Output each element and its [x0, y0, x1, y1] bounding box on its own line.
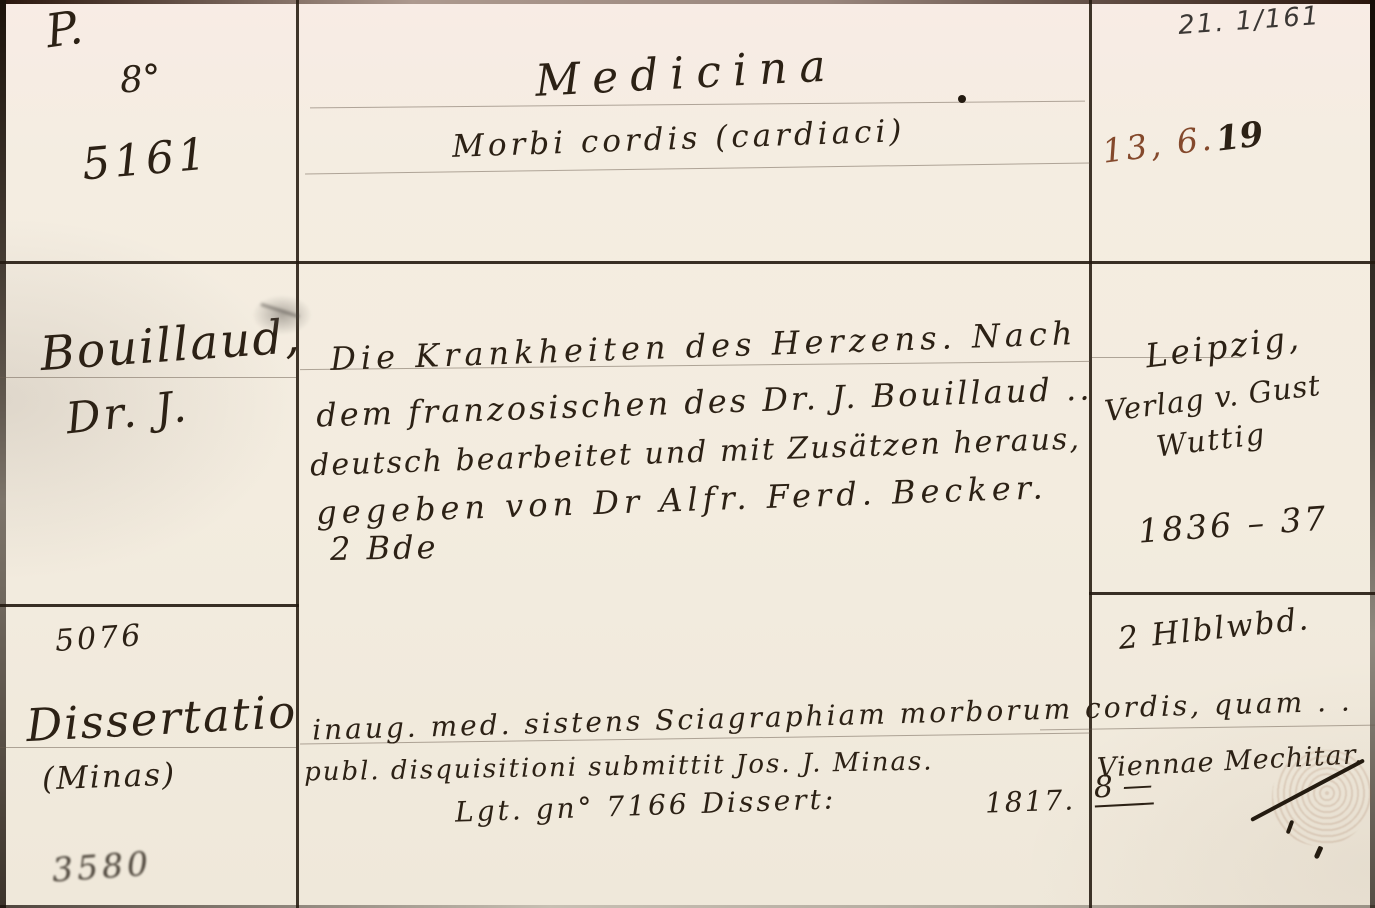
check-comma-mark: [1314, 846, 1324, 860]
title-line-4: gegeben von Dr Alfr. Ferd. Becker.: [316, 471, 1048, 529]
imprint-years: 1836 – 37: [1137, 501, 1329, 547]
ink-dot: [958, 95, 966, 103]
card-left-edge: [0, 0, 6, 908]
dissertation-text-line2: publ. disquisitioni submittit Jos. J. Mi…: [304, 749, 934, 786]
imprint-publisher-line2: Wuttig: [1155, 419, 1268, 461]
subject-subheading: Morbi cordis (cardiaci): [452, 116, 906, 163]
shelf-number: 5161: [80, 133, 211, 188]
vertical-rule-left: [296, 0, 299, 908]
card-top-edge: [0, 0, 1375, 4]
dissertation-text-line3: Lgt. gn° 7166 Dissert:: [455, 785, 837, 826]
binding-note: 2 Hlblwbd.: [1117, 604, 1312, 655]
date-code-dark: 19: [1214, 117, 1265, 157]
imprint-publisher-line1: Verlag v. Gust: [1103, 371, 1322, 426]
author-paren: (Minas): [41, 760, 176, 796]
catalogue-card: P. 8° 5161 Medicina Morbi cordis (cardia…: [0, 0, 1375, 908]
pencil-smudge: [252, 295, 312, 335]
size-mark: 8°: [119, 60, 163, 99]
horizontal-rule-header: [0, 261, 1375, 264]
title-line-5: 2 Bde: [330, 531, 439, 565]
format-mark: P.: [43, 4, 85, 55]
date-code-brown: 13, 6.: [1100, 121, 1216, 167]
baseline-subject: [310, 101, 1085, 109]
dissertatio-heading: Dissertatio: [25, 689, 298, 748]
corner-reference-number: 21. 1/161: [1177, 3, 1321, 39]
card-right-edge: [1370, 0, 1375, 908]
author-title: Dr. J.: [64, 386, 191, 442]
title-line-2: dem franzosischen des Dr. J. Bouillaud .…: [316, 372, 1093, 431]
dissertation-year: 1817.: [985, 786, 1076, 817]
shelf-number-2: 5076: [54, 621, 144, 657]
format-note-octavo: 8 —: [1093, 770, 1153, 807]
title-line-1: Die Krankheiten des Herzens. Nach: [330, 317, 1078, 375]
baseline-subheading: [305, 163, 1090, 175]
imprint-place: Leipzig,: [1144, 321, 1304, 373]
horizontal-rule-left-column: [0, 604, 299, 607]
subject-heading: Medicina: [534, 44, 839, 104]
horizontal-rule-right-column: [1089, 592, 1375, 595]
vertical-rule-right: [1089, 0, 1092, 908]
smudged-number: 3580: [51, 847, 153, 887]
